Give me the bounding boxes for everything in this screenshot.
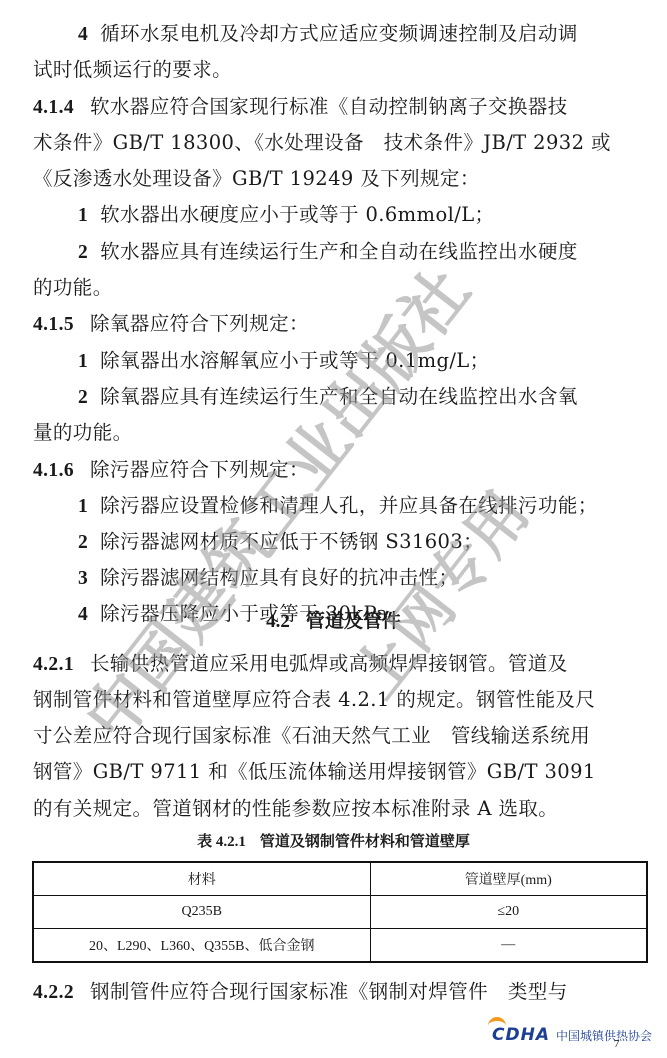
item-text: 除污器滤网材质不应低于不锈钢 S31603；	[100, 530, 483, 553]
item-text: 除氧器应具有连续运行生产和全自动在线监控出水含氧	[100, 385, 578, 408]
logo-text: 中国城镇供热协会	[556, 1027, 652, 1044]
cdha-logo-icon: CDHA	[492, 1025, 550, 1045]
column-header-material: 材料	[33, 862, 370, 896]
item-number: 1	[78, 496, 88, 517]
clause-text: 钢制管件应符合现行国家标准《钢制对焊管件 类型与	[90, 980, 568, 1003]
line-text: 试时低频运行的要求。	[33, 58, 232, 81]
continuation-line: 《反渗透水处理设备》GB/T 19249 及下列规定：	[33, 165, 645, 193]
table-header-row: 材料 管道壁厚(mm)	[33, 862, 647, 896]
item-line: 1除氧器出水溶解氧应小于或等于 0.1mg/L；	[78, 347, 667, 376]
section-title: 管道及管件	[306, 610, 401, 632]
table-cell: —	[370, 929, 647, 963]
item-line: 1除污器应设置检修和清理人孔，并应具备在线排污功能；	[78, 492, 667, 521]
continuation-line: 量的功能。	[33, 419, 645, 447]
clause-line: 4.1.6除污器应符合下列规定：	[33, 456, 645, 485]
item-text: 除氧器出水溶解氧应小于或等于 0.1mg/L；	[100, 349, 489, 372]
item-text: 软水器出水硬度应小于或等于 0.6mmol/L；	[100, 203, 494, 226]
section-number: 4.2	[266, 611, 290, 632]
clause-line: 4.1.4软水器应符合国家现行标准《自动控制钠离子交换器技	[33, 93, 645, 122]
item-line: 4循环水泵电机及冷却方式应适应变频调速控制及启动调	[78, 20, 667, 49]
continuation-line: 的有关规定。管道钢材的性能参数应按本标准附录 A 选取。	[33, 795, 645, 823]
clause-line: 4.2.2钢制管件应符合现行国家标准《钢制对焊管件 类型与	[33, 978, 645, 1007]
item-text: 除污器应设置检修和清理人孔，并应具备在线排污功能；	[100, 494, 598, 517]
table-caption: 表 4.2.1管道及钢制管件材料和管道壁厚	[0, 830, 667, 851]
section-heading: 4.2管道及管件	[0, 606, 667, 633]
column-header-wall-thickness: 管道壁厚(mm)	[370, 862, 647, 896]
clause-line: 4.1.5除氧器应符合下列规定：	[33, 310, 645, 339]
continuation-line: 术条件》GB/T 18300、《水处理设备 技术条件》JB/T 2932 或	[33, 129, 645, 157]
clause-number: 4.1.6	[33, 460, 74, 481]
line-text: 《反渗透水处理设备》GB/T 19249 及下列规定：	[33, 167, 480, 190]
line-text: 的功能。	[33, 276, 113, 299]
table-cell: 20、L290、L360、Q355B、低合金钢	[33, 929, 370, 963]
clause-number: 4.2.2	[33, 982, 74, 1003]
item-number: 2	[78, 242, 88, 263]
table-row: Q235B ≤20	[33, 896, 647, 929]
item-number: 1	[78, 205, 88, 226]
line-text: 量的功能。	[33, 421, 133, 444]
item-line: 1软水器出水硬度应小于或等于 0.6mmol/L；	[78, 201, 667, 230]
continuation-line: 寸公差应符合现行国家标准《石油天然气工业 管线输送系统用	[33, 722, 645, 750]
line-text: 术条件》GB/T 18300、《水处理设备 技术条件》JB/T 2932 或	[33, 131, 611, 154]
line-text: 的有关规定。管道钢材的性能参数应按本标准附录 A 选取。	[33, 797, 558, 820]
table-row: 20、L290、L360、Q355B、低合金钢 —	[33, 929, 647, 963]
line-text: 钢制管件材料和管道壁厚应符合表 4.2.1 的规定。钢管性能及尺	[33, 688, 595, 711]
clause-line: 4.2.1长输供热管道应采用电弧焊或高频焊焊接钢管。管道及	[33, 650, 645, 679]
item-number: 2	[78, 387, 88, 408]
table-cell: ≤20	[370, 896, 647, 929]
clause-number: 4.1.4	[33, 97, 74, 118]
item-line: 2除污器滤网材质不应低于不锈钢 S31603；	[78, 528, 667, 557]
item-number: 3	[78, 568, 88, 589]
continuation-line: 试时低频运行的要求。	[33, 56, 645, 84]
item-text: 除污器滤网结构应具有良好的抗冲击性；	[100, 566, 458, 589]
table-cell: Q235B	[33, 896, 370, 929]
page-number: 7	[614, 1038, 620, 1050]
continuation-line: 钢制管件材料和管道壁厚应符合表 4.2.1 的规定。钢管性能及尺	[33, 686, 645, 714]
line-text: 钢管》GB/T 9711 和《低压流体输送用焊接钢管》GB/T 3091	[33, 760, 596, 783]
item-line: 3除污器滤网结构应具有良好的抗冲击性；	[78, 564, 667, 593]
clause-text: 除污器应符合下列规定：	[90, 458, 309, 481]
item-number: 2	[78, 532, 88, 553]
item-number: 1	[78, 351, 88, 372]
continuation-line: 的功能。	[33, 274, 645, 302]
item-number: 4	[78, 24, 88, 45]
clause-text: 长输供热管道应采用电弧焊或高频焊焊接钢管。管道及	[90, 652, 568, 675]
association-logo: CDHA 中国城镇供热协会	[492, 1020, 652, 1050]
item-line: 2除氧器应具有连续运行生产和全自动在线监控出水含氧	[78, 383, 667, 412]
clause-number: 4.2.1	[33, 654, 74, 675]
line-text: 寸公差应符合现行国家标准《石油天然气工业 管线输送系统用	[33, 724, 590, 747]
table-number: 表 4.2.1	[197, 834, 246, 850]
item-text: 软水器应具有连续运行生产和全自动在线监控出水硬度	[100, 240, 578, 263]
continuation-line: 钢管》GB/T 9711 和《低压流体输送用焊接钢管》GB/T 3091	[33, 758, 645, 786]
clause-text: 除氧器应符合下列规定：	[90, 312, 309, 335]
materials-table: 材料 管道壁厚(mm) Q235B ≤20 20、L290、L360、Q355B…	[32, 861, 648, 963]
table-title: 管道及钢制管件材料和管道壁厚	[260, 832, 470, 850]
item-text: 循环水泵电机及冷却方式应适应变频调速控制及启动调	[100, 22, 578, 45]
clause-text: 软水器应符合国家现行标准《自动控制钠离子交换器技	[90, 95, 568, 118]
item-line: 2软水器应具有连续运行生产和全自动在线监控出水硬度	[78, 238, 667, 267]
document-page: 4循环水泵电机及冷却方式应适应变频调速控制及启动调 试时低频运行的要求。 4.1…	[0, 0, 667, 1058]
clause-number: 4.1.5	[33, 314, 74, 335]
